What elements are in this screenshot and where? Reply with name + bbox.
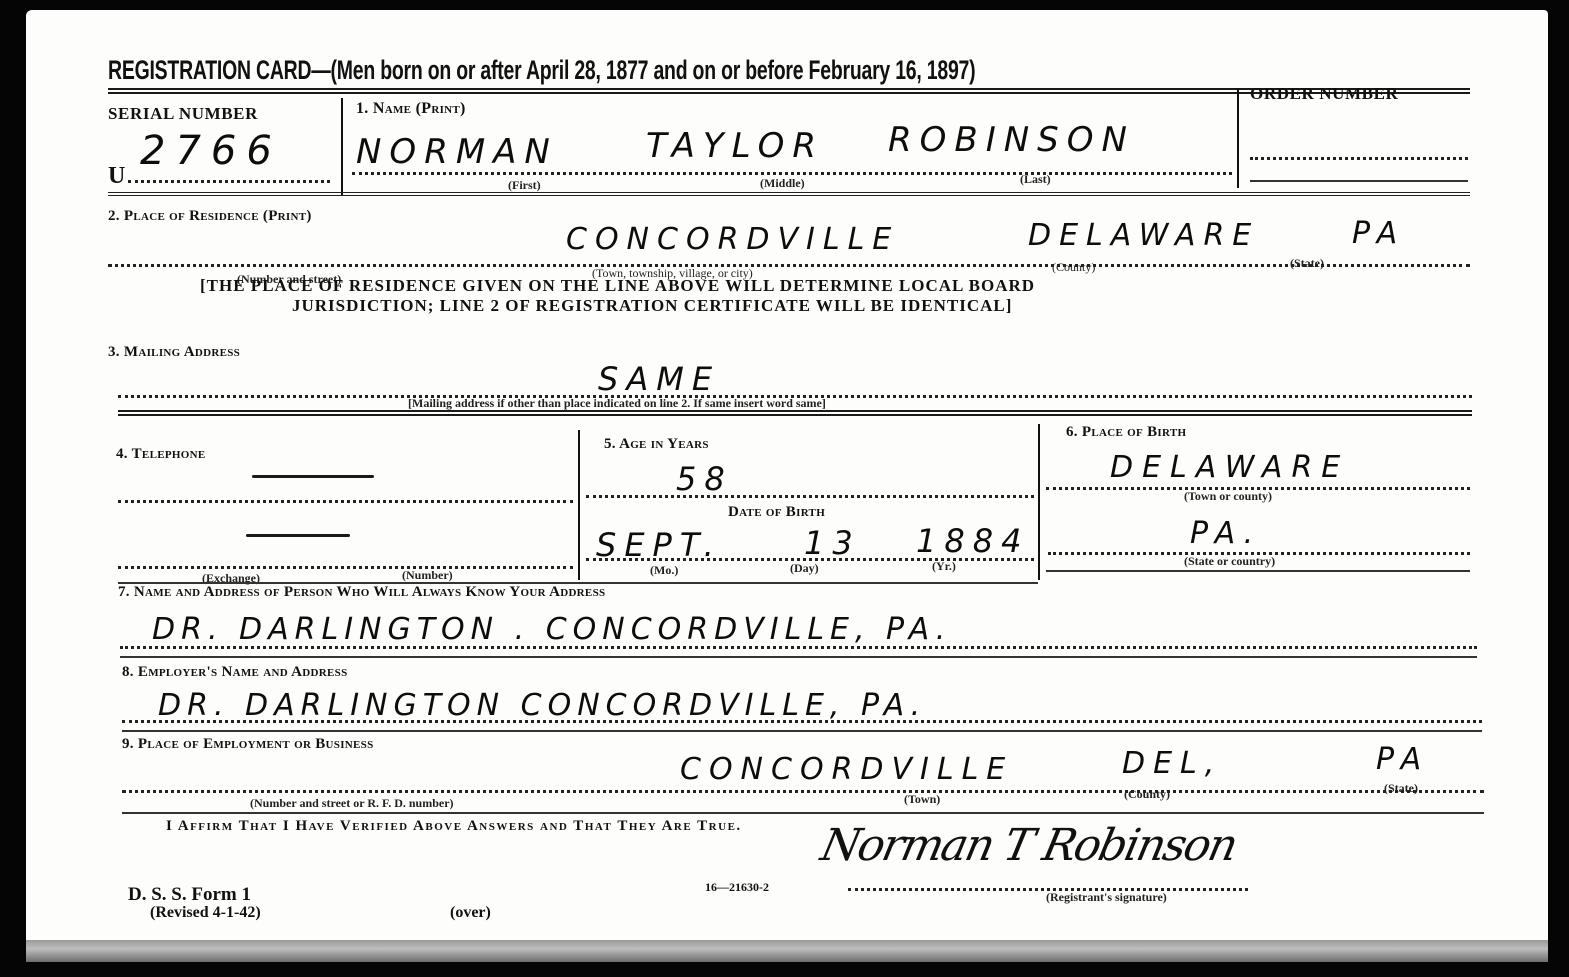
over-note: (over) [450,904,491,922]
age-birthplace-divider [1038,424,1040,580]
employer-value: DR. DARLINGTON CONCORDVILLE, PA. [158,688,926,723]
employer-label: 8. Employer's Name and Address [122,664,348,681]
row7-rule [120,656,1477,658]
telephone-line-1 [118,500,573,503]
residence-label: 2. Place of Residence (Print) [108,208,312,225]
order-number-label: ORDER NUMBER [1250,84,1398,104]
employment-town-caption: (Town) [904,792,940,807]
name-middle: TAYLOR [646,126,824,166]
serial-line [128,180,330,183]
residence-county: DELAWARE [1028,218,1259,253]
telephone-age-divider [578,430,580,580]
order-number-line [1250,157,1468,160]
birthplace-state-caption: (State or country) [1184,554,1275,569]
age-line [586,495,1034,498]
telephone-number-caption: (Number) [402,568,453,583]
employer-line [122,720,1482,723]
name-last: ROBINSON [888,120,1135,160]
birthplace-rule [1046,570,1470,572]
birth-year-caption: (Yr.) [932,559,956,574]
residence-state: PA [1352,216,1405,251]
row9-rule [122,812,1484,814]
mailing-address-value: SAME [598,360,720,398]
row1-rule [108,192,1470,196]
birthplace-label: 6. Place of Birth [1066,424,1186,441]
card-edge-shadow [26,940,1548,962]
residence-county-caption: (County) [1052,260,1095,275]
name-last-caption: (Last) [1020,172,1051,187]
birthplace-town-caption: (Town or county) [1184,489,1272,504]
print-code: 16—21630-2 [705,880,769,895]
employment-state-caption: (State) [1384,781,1418,796]
birth-month-caption: (Mo.) [650,563,678,578]
employment-line [122,790,1484,793]
telephone-exchange-dash [252,475,374,478]
birthplace-state: PA. [1190,516,1261,551]
residence-notice-line2: JURISDICTION; LINE 2 OF REGISTRATION CER… [292,296,1012,316]
name-middle-caption: (Middle) [760,176,805,191]
employment-label: 9. Place of Employment or Business [122,736,374,753]
row8-rule [122,730,1482,732]
residence-notice-line1: [THE PLACE OF RESIDENCE GIVEN ON THE LIN… [200,276,1035,296]
birthplace-town: DELAWARE [1110,450,1349,485]
mailing-address-label: 3. Mailing Address [108,344,240,361]
form-revised: (Revised 4-1-42) [150,904,261,922]
contact-line [120,646,1477,649]
affirmation-text: I Affirm That I Have Verified Above Answ… [166,818,742,835]
signature-caption: (Registrant's signature) [1046,890,1167,905]
employment-state: PA [1376,742,1429,777]
employment-county-caption: (County) [1124,787,1170,802]
name-label: 1. Name (Print) [356,100,466,118]
serial-divider [341,98,343,196]
residence-state-caption: (State) [1290,256,1324,271]
age-value: 58 [676,460,733,498]
row3-rule [118,410,1472,416]
employment-street-caption: (Number and street or R. F. D. number) [250,796,454,811]
telephone-line-2 [118,566,573,569]
name-first-caption: (First) [508,178,541,193]
form-name: D. S. S. Form 1 [128,884,251,906]
contact-label: 7. Name and Address of Person Who Will A… [118,584,605,601]
date-of-birth-label: Date of Birth [728,504,825,521]
card-title: REGISTRATION CARD—(Men born on or after … [108,55,975,86]
registrant-signature: Norman T Robinson [817,820,1241,871]
serial-number-value: 2766 [140,128,282,174]
birth-day-caption: (Day) [790,561,819,576]
contact-value: DR. DARLINGTON . CONCORDVILLE, PA. [152,612,951,647]
residence-town: CONCORDVILLE [566,222,899,257]
birth-day: 13 [804,524,861,562]
employment-county: DEL, [1122,746,1222,781]
residence-line [108,264,1470,267]
telephone-label: 4. Telephone [116,446,205,463]
telephone-number-dash [246,534,350,537]
employment-town: CONCORDVILLE [680,752,1013,787]
age-label: 5. Age in Years [604,436,709,453]
name-first: NORMAN [356,132,558,172]
order-divider [1237,88,1239,188]
order-rule [1250,180,1468,182]
serial-prefix: U [108,163,125,190]
mailing-address-caption: [Mailing address if other than place ind… [408,396,826,411]
name-line [352,172,1232,175]
birth-year: 1884 [916,522,1029,560]
serial-number-label: SERIAL NUMBER [108,104,258,124]
